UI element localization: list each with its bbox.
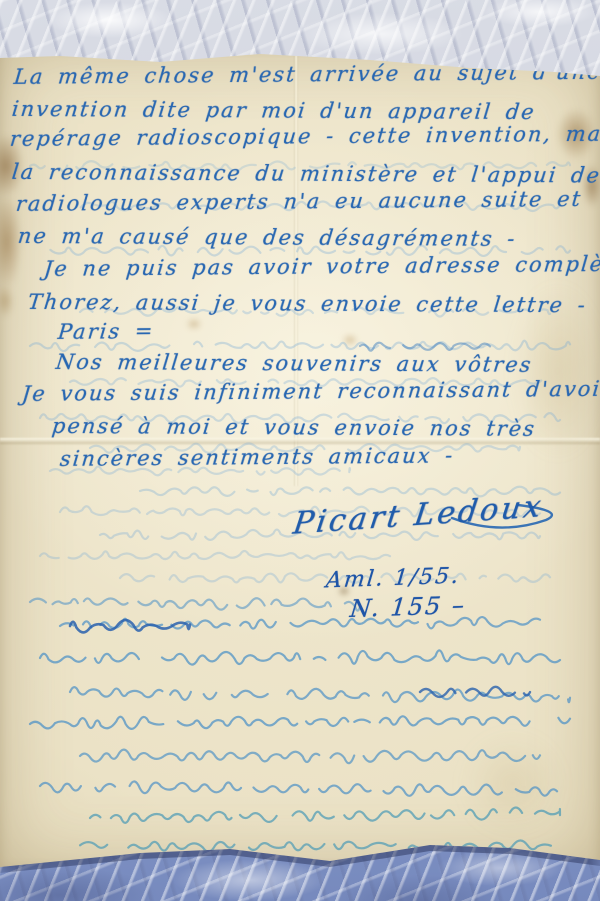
reference-number: N. 155 – — [349, 591, 468, 623]
handwriting-line: Nos meilleures souvenirs aux vôtres — [55, 350, 534, 377]
handwriting-line: pensé à moi et vous envoie nos très — [51, 414, 538, 441]
ink-stain — [0, 284, 14, 318]
ink-stain — [342, 334, 358, 346]
handwriting-line: Je ne puis pas avoir votre adresse compl… — [43, 252, 600, 281]
handwriting-line: ne m'a causé que des désagréments - — [17, 224, 518, 251]
handwriting-line: Je vous suis infiniment reconnaissant d'… — [21, 377, 600, 406]
handwriting-line: repérage radioscopique - cette invention… — [9, 121, 600, 151]
ink-stain — [186, 318, 202, 330]
handwriting-line: invention dite par moi d'un appareil de — [11, 97, 537, 124]
handwriting-line: sincères sentiments amicaux - — [59, 444, 456, 471]
photo-of-handwritten-letter: La même chose m'est arrivée au sujet d'u… — [0, 0, 600, 901]
signature: Picart Ledoux — [291, 489, 546, 542]
handwriting-line: la reconnaissance du ministère et l'appu… — [11, 160, 600, 188]
handwriting-line: radiologues experts n'a eu aucune suite … — [15, 187, 583, 216]
handwriting-line: Thorez, aussi je vous envoie cette lettr… — [27, 290, 589, 317]
letter-paper: La même chose m'est arrivée au sujet d'u… — [0, 46, 600, 870]
date-annotation: Aml. 1/55. — [325, 564, 462, 594]
handwriting-line: Paris = — [57, 319, 156, 344]
paper-discoloration — [465, 736, 560, 831]
